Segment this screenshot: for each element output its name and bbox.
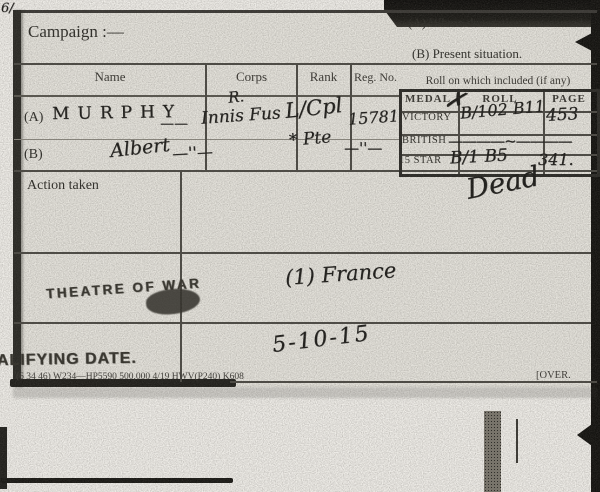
column-header-reg-no: Reg. No.	[350, 70, 401, 85]
row-b-rank: * Pte	[288, 127, 332, 151]
rule-theatre-bottom	[14, 322, 591, 324]
scan-right-border	[591, 0, 600, 492]
qualifying-date-stamp: ALIFYING DATE.	[0, 350, 137, 370]
column-header-rank: Rank	[297, 69, 350, 85]
row-b-reg-ditto: —''—	[344, 139, 382, 157]
roll-section-header: Roll on which included (if any)	[402, 75, 594, 87]
medal-star-page: 341.	[538, 150, 574, 169]
rule-row-a-b	[14, 139, 400, 140]
row-a-reg-no: 15781	[347, 106, 399, 129]
present-situation-label: (B) Present situation.	[412, 46, 522, 62]
scan-notch-top	[575, 33, 592, 51]
card-top-border	[13, 10, 597, 13]
medal-label-victory: VICTORY	[402, 112, 451, 123]
scan-artifact-speckle-bar	[484, 411, 501, 492]
column-header-name: Name	[60, 69, 160, 85]
scan-artifact-thin-line	[516, 419, 518, 463]
row-b-corps-ditto: —''—	[172, 142, 214, 163]
campaign-label: Campaign :—	[28, 22, 124, 42]
scan-artifact-bottom-line	[0, 478, 233, 483]
card-bottom-border-thin	[230, 381, 597, 383]
row-a-prefix: (A)	[24, 110, 43, 126]
over-label: [OVER.	[536, 370, 571, 381]
action-taken-label: Action taken	[27, 178, 99, 194]
row-a-corps-line1: R.	[227, 87, 245, 107]
row-b-prefix: (B)	[24, 147, 43, 163]
column-header-corps: Corps	[207, 69, 296, 85]
card-left-border	[13, 10, 21, 387]
medal-victory-page: 453	[545, 104, 578, 126]
medal-label-star: 15 STAR	[399, 155, 442, 166]
medal-label-british: BRITISH	[402, 135, 446, 146]
corner-mark: 6/	[1, 1, 14, 16]
form-print-reference: (6 34 46) W234—HP5590 500,000 4/19 HWV(P…	[16, 372, 244, 382]
rule-under-campaign	[14, 63, 597, 65]
medal-star-roll: B/1 B5	[450, 146, 509, 169]
page-column-header: PAGE	[543, 93, 595, 105]
scanned-medal-index-card: 6/ Campaign :— (A) Where decoration was …	[0, 0, 600, 492]
scan-notch-bottom	[577, 424, 592, 446]
rule-under-column-heads	[14, 95, 400, 97]
where-earned-label: (A) Where decoration was earned.	[408, 15, 586, 31]
scan-noise-under-card	[13, 387, 597, 398]
rule-action-bottom	[14, 252, 591, 254]
row-a-name-dash: ——	[160, 116, 188, 132]
